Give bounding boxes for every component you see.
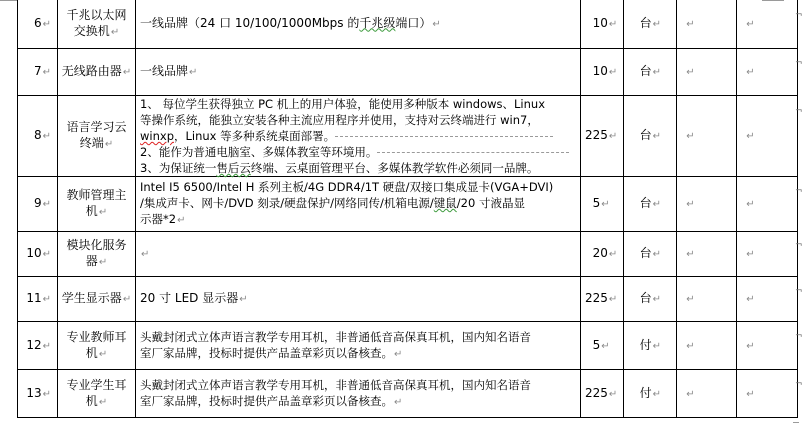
- item-total-price[interactable]: ↵: [737, 277, 798, 322]
- item-quantity[interactable]: 225↵: [581, 277, 624, 322]
- item-quantity[interactable]: 225↵: [581, 96, 624, 177]
- item-unit-price[interactable]: ↵: [677, 370, 737, 418]
- item-unit-price[interactable]: ↵: [677, 0, 737, 49]
- item-spec[interactable]: 20 寸 LED 显示器↵: [136, 277, 581, 322]
- row-end-mark: ¬: [795, 186, 803, 196]
- spec-line: 3、为保证统一售后云终端、云桌面管理平台、多媒体教学软件必须同一品牌。: [140, 160, 576, 176]
- item-total-price[interactable]: ↵: [737, 96, 798, 177]
- item-spec[interactable]: ↵: [136, 232, 581, 277]
- table-row: 10↵ 模块化服务器↵ ↵ 20↵ 台↵ ↵ ↵: [18, 232, 798, 277]
- item-name[interactable]: 模块化服务器↵: [58, 232, 136, 277]
- item-quantity[interactable]: 20↵: [581, 232, 624, 277]
- item-unit[interactable]: 付↵: [624, 322, 677, 370]
- item-unit[interactable]: 台↵: [624, 277, 677, 322]
- row-end-mark: ¬: [795, 106, 803, 116]
- item-name[interactable]: 教师管理主机↵: [58, 177, 136, 232]
- table-row: 12↵ 专业教师耳机↵ 头戴封闭式立体声语言教学专用耳机，非普通低音高保真耳机，…: [18, 322, 798, 370]
- spec-line: /集成声卡、网卡/DVD 刻录/硬盘保护/网络同传/机箱电源/键鼠/20 寸液晶…: [140, 195, 576, 211]
- row-index: 12↵: [18, 322, 58, 370]
- row-end-mark: ¬: [795, 379, 803, 389]
- row-index: 8↵: [18, 96, 58, 177]
- item-total-price[interactable]: ↵: [737, 177, 798, 232]
- item-unit[interactable]: 台↵: [624, 232, 677, 277]
- item-unit[interactable]: 台↵: [624, 49, 677, 96]
- spec-line: 2、能作为普通电脑室、多媒体教室等环境用。: [140, 144, 576, 160]
- item-total-price[interactable]: ↵: [737, 49, 798, 96]
- item-quantity[interactable]: 5↵: [581, 322, 624, 370]
- spec-line: 示器*2↵: [140, 211, 576, 229]
- page-corner-mark-bottom: [793, 422, 799, 423]
- item-spec[interactable]: Intel I5 6500/Intel H 系列主板/4G DDR4/1T 硬盘…: [136, 177, 581, 232]
- row-end-mark: ¬: [795, 58, 803, 68]
- item-spec[interactable]: 头戴封闭式立体声语言教学专用耳机，非普通低音高保真耳机，国内知名语音 室厂家品牌…: [136, 322, 581, 370]
- row-index: 13↵: [18, 370, 58, 418]
- item-total-price[interactable]: ↵: [737, 0, 798, 49]
- item-unit-price[interactable]: ↵: [677, 232, 737, 277]
- table-row: 11↵ 学生显示器↵ 20 寸 LED 显示器↵ 225↵ 台↵ ↵ ↵: [18, 277, 798, 322]
- row-index: 10↵: [18, 232, 58, 277]
- item-name[interactable]: 专业教师耳机↵: [58, 322, 136, 370]
- item-name[interactable]: 无线路由器↵: [58, 49, 136, 96]
- spec-line: 1、 每位学生获得独立 PC 机上的用户体验，能使用多种版本 windows、L…: [140, 96, 576, 112]
- item-spec[interactable]: 一线品牌（24 口 10/100/1000Mbps 的千兆级端口）↵: [136, 0, 581, 49]
- item-quantity[interactable]: 10↵: [581, 49, 624, 96]
- item-unit-price[interactable]: ↵: [677, 49, 737, 96]
- item-unit[interactable]: 台↵: [624, 177, 677, 232]
- row-end-mark: ¬: [795, 286, 803, 296]
- spec-line: 等操作系统，能独立安装各种主流应用程序并使用，支持对云终端进行 win7，: [140, 112, 576, 128]
- item-unit-price[interactable]: ↵: [677, 96, 737, 177]
- table-row: 13↵ 专业学生耳机↵ 头戴封闭式立体声语言教学专用耳机，非普通低音高保真耳机，…: [18, 370, 798, 418]
- row-index: 6↵: [18, 0, 58, 49]
- table-row: 8↵ 语言学习云终端↵ 1、 每位学生获得独立 PC 机上的用户体验，能使用多种…: [18, 96, 798, 177]
- item-name[interactable]: 学生显示器↵: [58, 277, 136, 322]
- item-unit[interactable]: 付↵: [624, 370, 677, 418]
- item-quantity[interactable]: 10↵: [581, 0, 624, 49]
- spec-line: 室厂家品牌，投标时提供产品盖章彩页以备核查。↵: [140, 345, 576, 363]
- row-index: 11↵: [18, 277, 58, 322]
- table-row: 7↵ 无线路由器↵ 一线品牌↵ 10↵ 台↵ ↵ ↵: [18, 49, 798, 96]
- item-unit-price[interactable]: ↵: [677, 277, 737, 322]
- item-name[interactable]: 专业学生耳机↵: [58, 370, 136, 418]
- spec-line: 头戴封闭式立体声语言教学专用耳机，非普通低音高保真耳机，国内知名语音: [140, 377, 576, 393]
- item-total-price[interactable]: ↵: [737, 370, 798, 418]
- table-row: 9↵ 教师管理主机↵ Intel I5 6500/Intel H 系列主板/4G…: [18, 177, 798, 232]
- item-name[interactable]: 语言学习云终端↵: [58, 96, 136, 177]
- spec-line: winxp，Linux 等多种系统桌面部署。: [140, 128, 576, 144]
- item-spec[interactable]: 头戴封闭式立体声语言教学专用耳机，非普通低音高保真耳机，国内知名语音 室厂家品牌…: [136, 370, 581, 418]
- item-quantity[interactable]: 225↵: [581, 370, 624, 418]
- page-corner-mark-left: [0, 0, 17, 1]
- item-total-price[interactable]: ↵: [737, 322, 798, 370]
- spec-line: 头戴封闭式立体声语言教学专用耳机，非普通低音高保真耳机，国内知名语音: [140, 329, 576, 345]
- item-unit[interactable]: 台↵: [624, 96, 677, 177]
- item-spec[interactable]: 1、 每位学生获得独立 PC 机上的用户体验，能使用多种版本 windows、L…: [136, 96, 581, 177]
- item-unit-price[interactable]: ↵: [677, 177, 737, 232]
- item-unit-price[interactable]: ↵: [677, 322, 737, 370]
- item-unit[interactable]: 台↵: [624, 0, 677, 49]
- row-index: 9↵: [18, 177, 58, 232]
- spec-line: 室厂家品牌，投标时提供产品盖章彩页以备核查。↵: [140, 393, 576, 411]
- equipment-table: 6↵ 千兆以太网交换机↵ 一线品牌（24 口 10/100/1000Mbps 的…: [17, 0, 798, 418]
- row-index: 7↵: [18, 49, 58, 96]
- table-row: 6↵ 千兆以太网交换机↵ 一线品牌（24 口 10/100/1000Mbps 的…: [18, 0, 798, 49]
- spec-line: Intel I5 6500/Intel H 系列主板/4G DDR4/1T 硬盘…: [140, 179, 576, 195]
- row-end-mark: ¬: [795, 240, 803, 250]
- item-quantity[interactable]: 5↵: [581, 177, 624, 232]
- item-total-price[interactable]: ↵: [737, 232, 798, 277]
- item-spec[interactable]: 一线品牌↵: [136, 49, 581, 96]
- item-name[interactable]: 千兆以太网交换机↵: [58, 0, 136, 49]
- row-end-mark: ¬: [795, 331, 803, 341]
- row-end-mark: ¬: [795, 10, 803, 20]
